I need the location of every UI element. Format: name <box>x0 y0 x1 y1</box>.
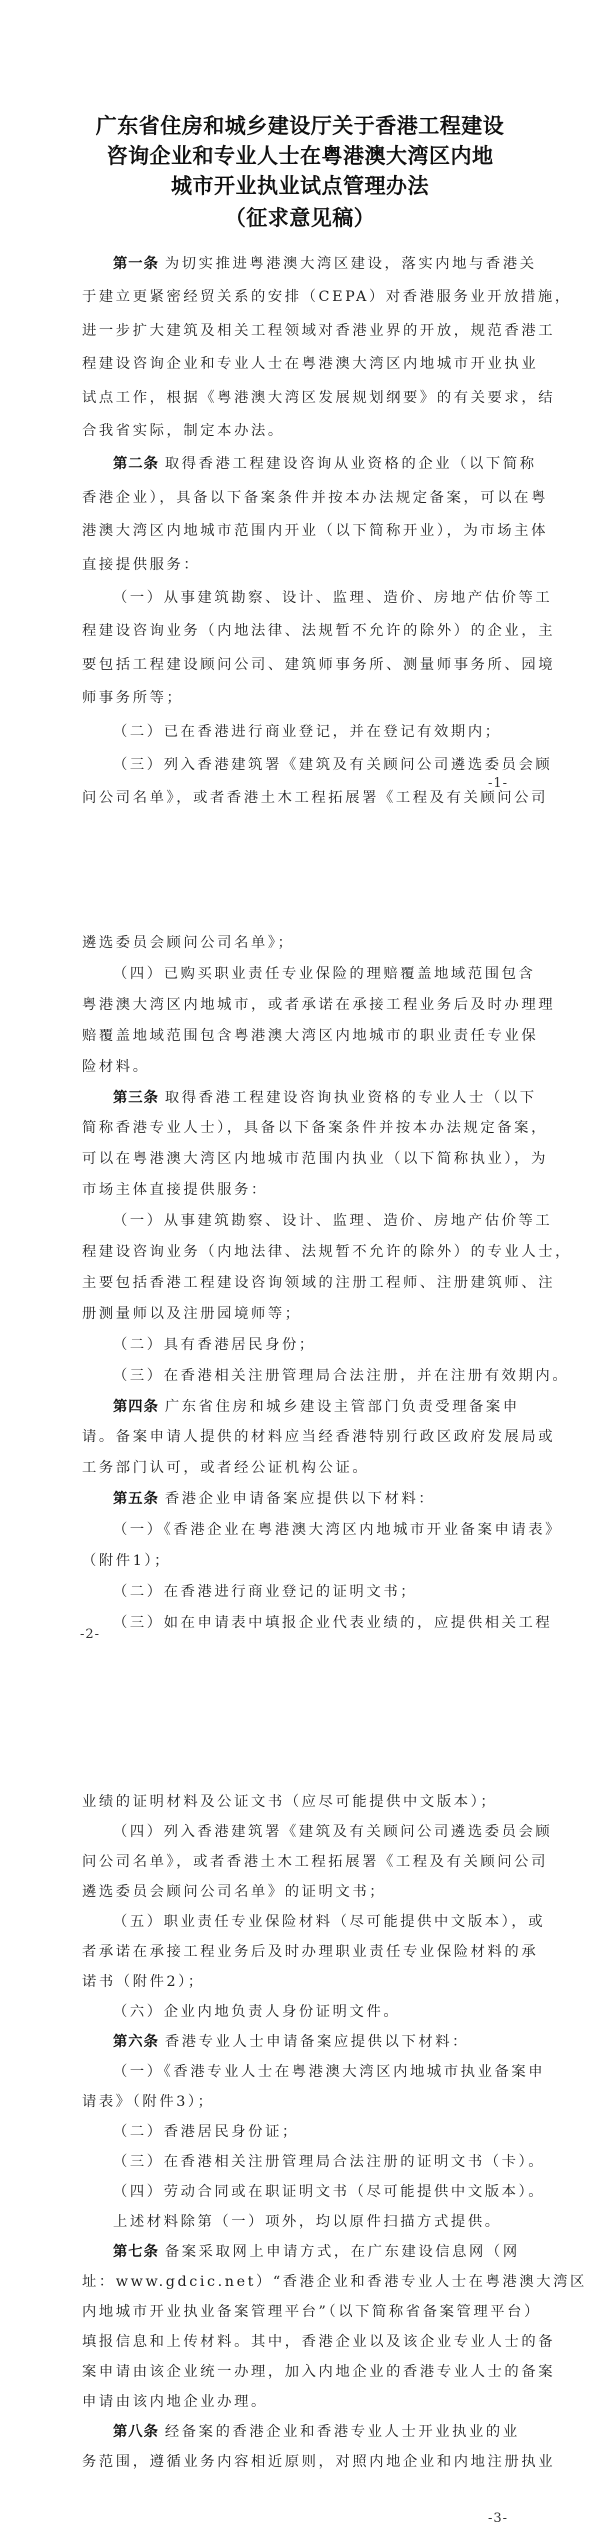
text-line: 程建设咨询企业和专业人士在粤港澳大湾区内地城市开业执业 <box>82 354 522 374</box>
line-text: 简称香港专业人士），具备以下备案条件并按本办法规定备案， <box>82 1120 548 1136</box>
text-line: 港澳大湾区内地城市范围内开业（以下简称开业），为市场主体 <box>82 521 522 541</box>
document-subtitle: （征求意见稿） <box>0 202 600 232</box>
text-line: 第五条香港企业申请备案应提供以下材料： <box>113 1489 553 1509</box>
text-line: （五）职业责任专业保险材料（尽可能提供中文版本），或 <box>113 1912 553 1932</box>
text-line: 问公司名单》，或者香港土木工程拓展署《工程及有关顾问公司 <box>82 788 522 808</box>
text-line: 务范围，遵循业务内容相近原则，对照内地企业和内地注册执业 <box>82 2452 522 2472</box>
line-text: 经备案的香港企业和香港专业人士开业执业的业 <box>165 2424 520 2440</box>
line-text: （四）列入香港建筑署《建筑及有关顾问公司遴选委员会顾 <box>113 1824 552 1840</box>
text-line: （四）已购买职业责任专业保险的理赔覆盖地域范围包含 <box>113 964 553 984</box>
text-line: 第二条取得香港工程建设咨询从业资格的企业（以下简称 <box>113 454 553 474</box>
line-text: 者承诺在承接工程业务后及时办理职业责任专业保险材料的承 <box>82 1944 538 1960</box>
text-line: （一）《香港专业人士在粤港澳大湾区内地城市执业备案申 <box>113 2062 553 2082</box>
text-line: （二）已在香港进行商业登记，并在登记有效期内； <box>113 722 553 742</box>
page-number-3: -3- <box>488 2511 508 2526</box>
line-text: 市场主体直接提供服务： <box>82 1182 268 1198</box>
text-line: 可以在粤港澳大湾区内地城市范围内执业（以下简称执业），为 <box>82 1149 522 1169</box>
text-line: 案申请由该企业统一办理，加入内地企业的香港专业人士的备案 <box>82 2362 522 2382</box>
line-text: （一）从事建筑勘察、设计、监理、造价、房地产估价等工 <box>113 1213 552 1229</box>
text-line: （二）具有香港居民身份； <box>113 1335 553 1355</box>
line-text: 遴选委员会顾问公司名单》； <box>82 935 295 951</box>
page-number-2: -2- <box>80 1627 100 1642</box>
text-line: 简称香港专业人士），具备以下备案条件并按本办法规定备案， <box>82 1118 522 1138</box>
text-line: 试点工作，根据《粤港澳大湾区发展规划纲要》的有关要求，结 <box>82 388 522 408</box>
line-text: 香港企业申请备案应提供以下材料： <box>165 1491 435 1507</box>
text-line: 册测量师以及注册园境师等； <box>82 1304 522 1324</box>
line-text: （附件1）； <box>82 1553 171 1569</box>
line-text: （一）从事建筑勘察、设计、监理、造价、房地产估价等工 <box>113 590 552 606</box>
text-line: （四）劳动合同或在职证明文书（尽可能提供中文版本）。 <box>113 2182 553 2202</box>
line-text: （六）企业内地负责人身份证明文件。 <box>113 2004 400 2020</box>
article-number: 第八条 <box>113 2424 159 2440</box>
text-line: （一）《香港企业在粤港澳大湾区内地城市开业备案申请表》 <box>113 1520 553 1540</box>
line-text: 师事务所等； <box>82 690 183 706</box>
line-text: 可以在粤港澳大湾区内地城市范围内执业（以下简称执业），为 <box>82 1151 548 1167</box>
text-line: （二）在香港进行商业登记的证明文书； <box>113 1582 553 1602</box>
text-line: 工务部门认可，或者经公证机构公证。 <box>82 1458 522 1478</box>
article-number: 第六条 <box>113 2034 159 2050</box>
line-text: 案申请由该企业统一办理，加入内地企业的香港专业人士的备案 <box>82 2364 555 2380</box>
text-line: 内地城市开业执业备案管理平台”（以下简称省备案管理平台） <box>82 2302 522 2322</box>
line-text: 册测量师以及注册园境师等； <box>82 1306 302 1322</box>
line-text: （四）已购买职业责任专业保险的理赔覆盖地域范围包含 <box>113 966 535 982</box>
text-line: 香港企业），具备以下备案条件并按本办法规定备案，可以在粤 <box>82 488 522 508</box>
text-line: 第四条广东省住房和城乡建设主管部门负责受理备案申 <box>113 1397 553 1417</box>
article-number: 第二条 <box>113 456 159 472</box>
line-text: 申请由该内地企业办理。 <box>82 2394 268 2410</box>
text-line: 进一步扩大建筑及相关工程领域对香港业界的开放，规范香港工 <box>82 321 522 341</box>
text-line: （三）在香港相关注册管理局合法注册，并在注册有效期内。 <box>113 1366 553 1386</box>
line-text: （一）《香港专业人士在粤港澳大湾区内地城市执业备案申 <box>113 2064 545 2080</box>
text-line: （一）从事建筑勘察、设计、监理、造价、房地产估价等工 <box>113 1211 553 1231</box>
text-line: （二）香港居民身份证； <box>113 2122 553 2142</box>
text-line: （四）列入香港建筑署《建筑及有关顾问公司遴选委员会顾 <box>113 1822 553 1842</box>
text-line: 上述材料除第（一）项外，均以原件扫描方式提供。 <box>113 2212 553 2232</box>
text-line: 请。备案申请人提供的材料应当经香港特别行政区政府发展局或 <box>82 1427 522 1447</box>
text-line: 者承诺在承接工程业务后及时办理职业责任专业保险材料的承 <box>82 1942 522 1962</box>
line-text: 内地城市开业执业备案管理平台”（以下简称省备案管理平台） <box>82 2304 541 2320</box>
page-number-1: -1- <box>488 776 508 791</box>
line-text: （四）劳动合同或在职证明文书（尽可能提供中文版本）。 <box>113 2184 545 2200</box>
line-text: （三）列入香港建筑署《建筑及有关顾问公司遴选委员会顾 <box>113 757 552 773</box>
text-line: 第一条为切实推进粤港澳大湾区建设，落实内地与香港关 <box>113 254 553 274</box>
line-text: 港澳大湾区内地城市范围内开业（以下简称开业），为市场主体 <box>82 523 548 539</box>
line-text: 请。备案申请人提供的材料应当经香港特别行政区政府发展局或 <box>82 1429 555 1445</box>
line-text: 上述材料除第（一）项外，均以原件扫描方式提供。 <box>113 2214 502 2230</box>
text-line: （三）列入香港建筑署《建筑及有关顾问公司遴选委员会顾 <box>113 755 553 775</box>
line-text: （一）《香港企业在粤港澳大湾区内地城市开业备案申请表》 <box>113 1522 562 1538</box>
text-line: 要包括工程建设顾问公司、建筑师事务所、测量师事务所、园境 <box>82 655 522 675</box>
line-text: 址：www.gdcic.net）“香港企业和香港专业人士在粤港澳大湾区 <box>82 2274 587 2290</box>
text-line: 请表》（附件3）； <box>82 2092 522 2112</box>
line-text: （三）在香港相关注册管理局合法注册，并在注册有效期内。 <box>113 1368 569 1384</box>
text-line: 填报信息和上传材料。其中，香港企业以及该企业专业人士的备 <box>82 2332 522 2352</box>
text-line: 第七条备案采取网上申请方式，在广东建设信息网（网 <box>113 2242 553 2262</box>
text-line: 粤港澳大湾区内地城市，或者承诺在承接工程业务后及时办理理 <box>82 995 522 1015</box>
text-line: 师事务所等； <box>82 688 522 708</box>
line-text: 于建立更紧密经贸关系的安排（CEPA）对香港服务业开放措施， <box>82 289 572 305</box>
line-text: 诺书（附件2）； <box>82 1974 205 1990</box>
line-text: 主要包括香港工程建设咨询领域的注册工程师、注册建筑师、注 <box>82 1275 555 1291</box>
line-text: 香港企业），具备以下备案条件并按本办法规定备案，可以在粤 <box>82 490 548 506</box>
text-line: 直接提供服务： <box>82 555 522 575</box>
line-text: 取得香港工程建设咨询执业资格的专业人士（以下 <box>165 1090 537 1106</box>
line-text: 程建设咨询业务（内地法律、法规暂不允许的除外）的企业，主 <box>82 623 555 639</box>
line-text: 程建设咨询企业和专业人士在粤港澳大湾区内地城市开业执业 <box>82 356 538 372</box>
text-line: 市场主体直接提供服务： <box>82 1180 522 1200</box>
line-text: 险材料。 <box>82 1059 150 1075</box>
text-line: （三）在香港相关注册管理局合法注册的证明文书（卡）。 <box>113 2152 553 2172</box>
text-line: 险材料。 <box>82 1057 522 1077</box>
line-text: 填报信息和上传材料。其中，香港企业以及该企业专业人士的备 <box>82 2334 555 2350</box>
line-text: 为切实推进粤港澳大湾区建设，落实内地与香港关 <box>165 256 537 272</box>
text-line: 主要包括香港工程建设咨询领域的注册工程师、注册建筑师、注 <box>82 1273 522 1293</box>
line-text: 广东省住房和城乡建设主管部门负责受理备案申 <box>165 1399 520 1415</box>
text-line: 遴选委员会顾问公司名单》； <box>82 933 522 953</box>
article-number: 第七条 <box>113 2244 159 2260</box>
text-line: （一）从事建筑勘察、设计、监理、造价、房地产估价等工 <box>113 588 553 608</box>
text-line: 申请由该内地企业办理。 <box>82 2392 522 2412</box>
article-number: 第四条 <box>113 1399 159 1415</box>
line-text: （二）香港居民身份证； <box>113 2124 299 2140</box>
line-text: （二）已在香港进行商业登记，并在登记有效期内； <box>113 724 502 740</box>
text-line: 遴选委员会顾问公司名单》的证明文书； <box>82 1882 522 1902</box>
line-text: 合我省实际，制定本办法。 <box>82 423 285 439</box>
line-text: 务范围，遵循业务内容相近原则，对照内地企业和内地注册执业 <box>82 2454 555 2470</box>
text-line: 程建设咨询业务（内地法律、法规暂不允许的除外）的企业，主 <box>82 621 522 641</box>
text-line: 赔覆盖地域范围包含粤港澳大湾区内地城市的职业责任专业保 <box>82 1026 522 1046</box>
article-number: 第五条 <box>113 1491 159 1507</box>
text-line: 业绩的证明材料及公证文书（应尽可能提供中文版本）； <box>82 1792 522 1812</box>
text-line: 址：www.gdcic.net）“香港企业和香港专业人士在粤港澳大湾区 <box>82 2272 522 2292</box>
line-text: 遴选委员会顾问公司名单》的证明文书； <box>82 1884 386 1900</box>
line-text: 备案采取网上申请方式，在广东建设信息网（网 <box>165 2244 520 2260</box>
text-line: 第六条香港专业人士申请备案应提供以下材料： <box>113 2032 553 2052</box>
document-title-line-1: 广东省住房和城乡建设厅关于香港工程建设 <box>0 110 600 140</box>
text-line: 程建设咨询业务（内地法律、法规暂不允许的除外）的专业人士， <box>82 1242 522 1262</box>
line-text: 赔覆盖地域范围包含粤港澳大湾区内地城市的职业责任专业保 <box>82 1028 538 1044</box>
line-text: 进一步扩大建筑及相关工程领域对香港业界的开放，规范香港工 <box>82 323 555 339</box>
line-text: 业绩的证明材料及公证文书（应尽可能提供中文版本）； <box>82 1794 497 1810</box>
line-text: 问公司名单》，或者香港土木工程拓展署《工程及有关顾问公司 <box>82 790 548 806</box>
line-text: （二）在香港进行商业登记的证明文书； <box>113 1584 417 1600</box>
text-line: 第三条取得香港工程建设咨询执业资格的专业人士（以下 <box>113 1088 553 1108</box>
text-line: 诺书（附件2）； <box>82 1972 522 1992</box>
line-text: 程建设咨询业务（内地法律、法规暂不允许的除外）的专业人士， <box>82 1244 572 1260</box>
text-line: 第八条经备案的香港企业和香港专业人士开业执业的业 <box>113 2422 553 2442</box>
line-text: 工务部门认可，或者经公证机构公证。 <box>82 1460 369 1476</box>
text-line: （附件1）； <box>82 1551 522 1571</box>
text-line: （六）企业内地负责人身份证明文件。 <box>113 2002 553 2022</box>
line-text: （五）职业责任专业保险材料（尽可能提供中文版本），或 <box>113 1914 545 1930</box>
article-number: 第三条 <box>113 1090 159 1106</box>
text-line: 问公司名单》，或者香港土木工程拓展署《工程及有关顾问公司 <box>82 1852 522 1872</box>
line-text: 直接提供服务： <box>82 557 200 573</box>
line-text: （三）在香港相关注册管理局合法注册的证明文书（卡）。 <box>113 2154 545 2170</box>
line-text: 取得香港工程建设咨询从业资格的企业（以下简称 <box>165 456 537 472</box>
text-line: （三）如在申请表中填报企业代表业绩的，应提供相关工程 <box>113 1613 553 1633</box>
document-title-line-2: 咨询企业和专业人士在粤港澳大湾区内地 <box>0 140 600 170</box>
line-text: 要包括工程建设顾问公司、建筑师事务所、测量师事务所、园境 <box>82 657 555 673</box>
line-text: 香港专业人士申请备案应提供以下材料： <box>165 2034 469 2050</box>
line-text: 请表》（附件3）； <box>82 2094 215 2110</box>
line-text: 试点工作，根据《粤港澳大湾区发展规划纲要》的有关要求，结 <box>82 390 555 406</box>
document-title-line-3: 城市开业执业试点管理办法 <box>0 170 600 200</box>
article-number: 第一条 <box>113 256 159 272</box>
line-text: （三）如在申请表中填报企业代表业绩的，应提供相关工程 <box>113 1615 552 1631</box>
line-text: 问公司名单》，或者香港土木工程拓展署《工程及有关顾问公司 <box>82 1854 548 1870</box>
text-line: 合我省实际，制定本办法。 <box>82 421 522 441</box>
line-text: （二）具有香港居民身份； <box>113 1337 316 1353</box>
text-line: 于建立更紧密经贸关系的安排（CEPA）对香港服务业开放措施， <box>82 287 522 307</box>
line-text: 粤港澳大湾区内地城市，或者承诺在承接工程业务后及时办理理 <box>82 997 555 1013</box>
